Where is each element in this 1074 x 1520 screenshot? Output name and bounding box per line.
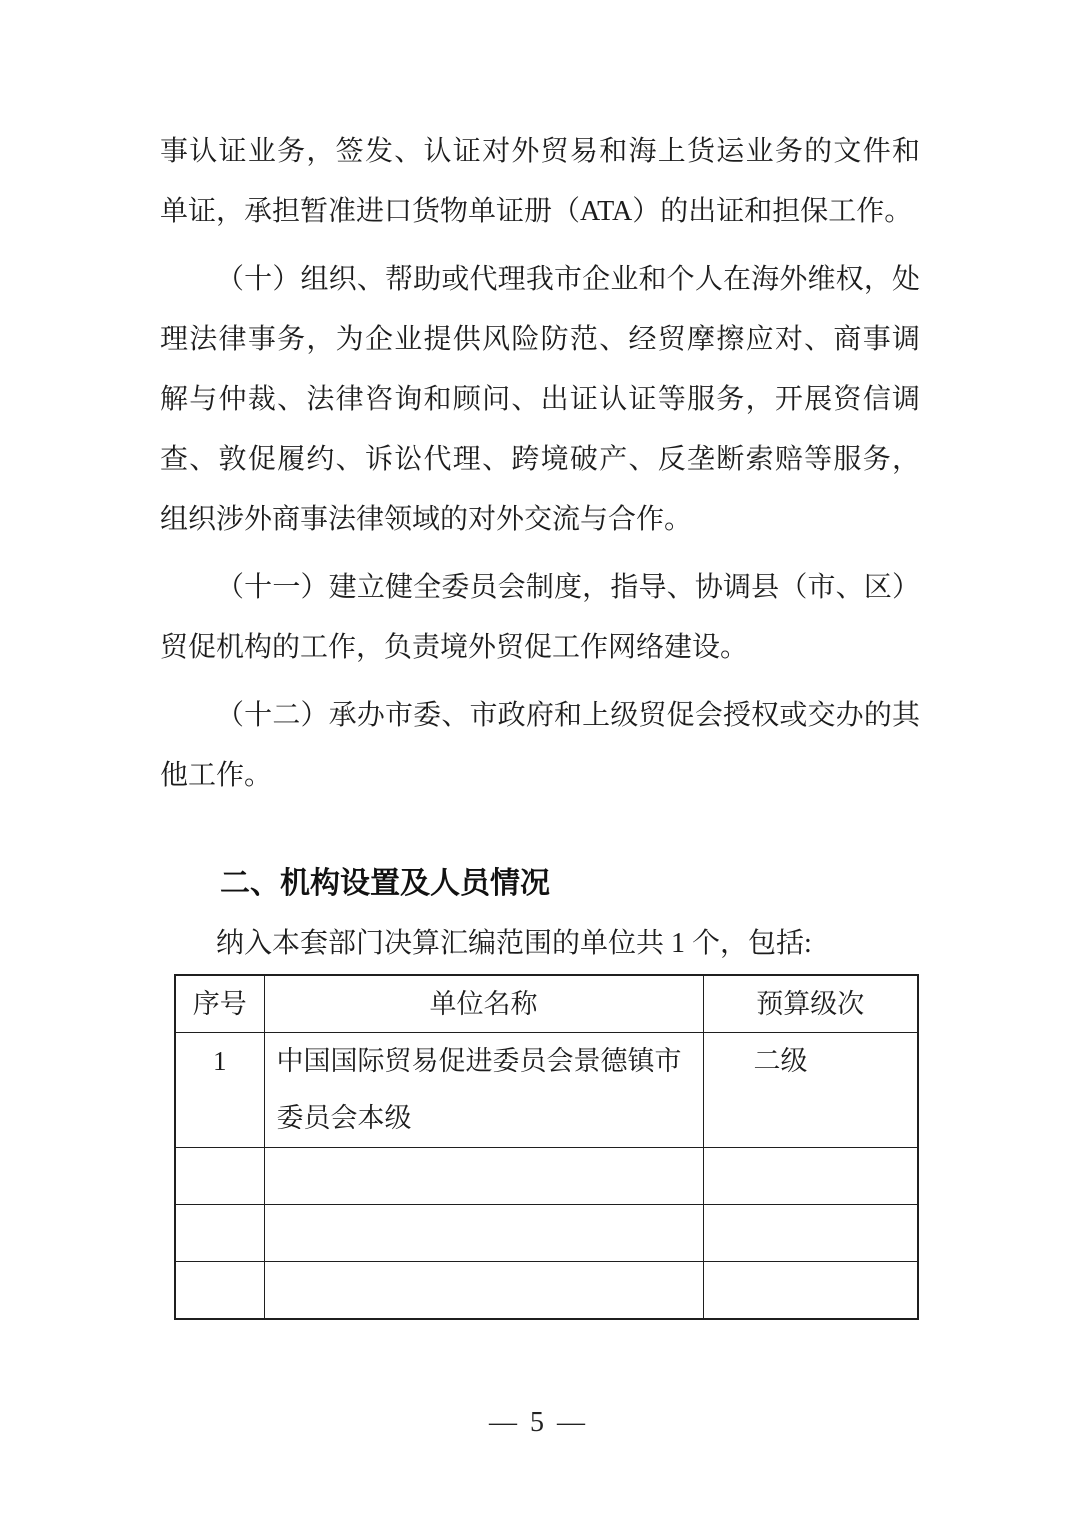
document-content: 事认证业务，签发、认证对外贸易和海上货运业务的文件和单证，承担暂准进口货物单证册…	[160, 122, 920, 1320]
units-table-header-row: 序号 单位名称 预算级次	[175, 975, 918, 1033]
text-line: （十一）建立健全委员会制度，指导、协调县（市、区）	[160, 558, 920, 618]
cell-seq: 1	[175, 1033, 264, 1148]
cell-unit-name	[264, 1262, 703, 1320]
cell-budget-level	[703, 1262, 918, 1320]
cell-unit-name	[264, 1205, 703, 1262]
document-page: 事认证业务，签发、认证对外贸易和海上货运业务的文件和单证，承担暂准进口货物单证册…	[0, 0, 1074, 1520]
page-number: — 5 —	[0, 1403, 1074, 1443]
section-heading: 二、机构设置及人员情况	[160, 862, 920, 906]
cell-unit-name: 中国国际贸易促进委员会景德镇市委员会本级	[264, 1033, 703, 1148]
header-cell-budget-level: 预算级次	[703, 975, 918, 1033]
table-row: 1中国国际贸易促进委员会景德镇市委员会本级二级	[175, 1033, 918, 1148]
text-line: （十二）承办市委、市政府和上级贸促会授权或交办的其	[160, 686, 920, 746]
paragraph: （十二）承办市委、市政府和上级贸促会授权或交办的其他工作。	[160, 686, 920, 806]
cell-budget-level	[703, 1148, 918, 1205]
body-paragraphs: 事认证业务，签发、认证对外贸易和海上货运业务的文件和单证，承担暂准进口货物单证册…	[160, 122, 920, 806]
table-row	[175, 1262, 918, 1320]
header-cell-seq: 序号	[175, 975, 264, 1033]
table-intro-line: 纳入本套部门决算汇编范围的单位共 1 个，包括:	[160, 914, 920, 974]
cell-seq	[175, 1148, 264, 1205]
paragraph: 事认证业务，签发、认证对外贸易和海上货运业务的文件和单证，承担暂准进口货物单证册…	[160, 122, 920, 242]
text-line: 贸促机构的工作，负责境外贸促工作网络建设。	[160, 618, 920, 678]
cell-unit-name	[264, 1148, 703, 1205]
text-line: 查、敦促履约、诉讼代理、跨境破产、反垄断索赔等服务，	[160, 430, 920, 490]
cell-budget-level	[703, 1205, 918, 1262]
text-line: 他工作。	[160, 746, 920, 806]
table-row	[175, 1148, 918, 1205]
header-cell-unit-name: 单位名称	[264, 975, 703, 1033]
cell-seq	[175, 1205, 264, 1262]
text-line: 单证，承担暂准进口货物单证册（ATA）的出证和担保工作。	[160, 182, 920, 242]
text-line: （十）组织、帮助或代理我市企业和个人在海外维权，处	[160, 250, 920, 310]
paragraph: （十）组织、帮助或代理我市企业和个人在海外维权，处理法律事务，为企业提供风险防范…	[160, 250, 920, 550]
text-line: 解与仲裁、法律咨询和顾问、出证认证等服务，开展资信调	[160, 370, 920, 430]
paragraph: （十一）建立健全委员会制度，指导、协调县（市、区）贸促机构的工作，负责境外贸促工…	[160, 558, 920, 678]
text-line: 事认证业务，签发、认证对外贸易和海上货运业务的文件和	[160, 122, 920, 182]
cell-budget-level: 二级	[703, 1033, 918, 1148]
table-row	[175, 1205, 918, 1262]
text-line: 组织涉外商事法律领域的对外交流与合作。	[160, 490, 920, 550]
cell-seq	[175, 1262, 264, 1320]
text-line: 理法律事务，为企业提供风险防范、经贸摩擦应对、商事调	[160, 310, 920, 370]
units-table: 序号 单位名称 预算级次 1中国国际贸易促进委员会景德镇市委员会本级二级	[174, 974, 919, 1320]
